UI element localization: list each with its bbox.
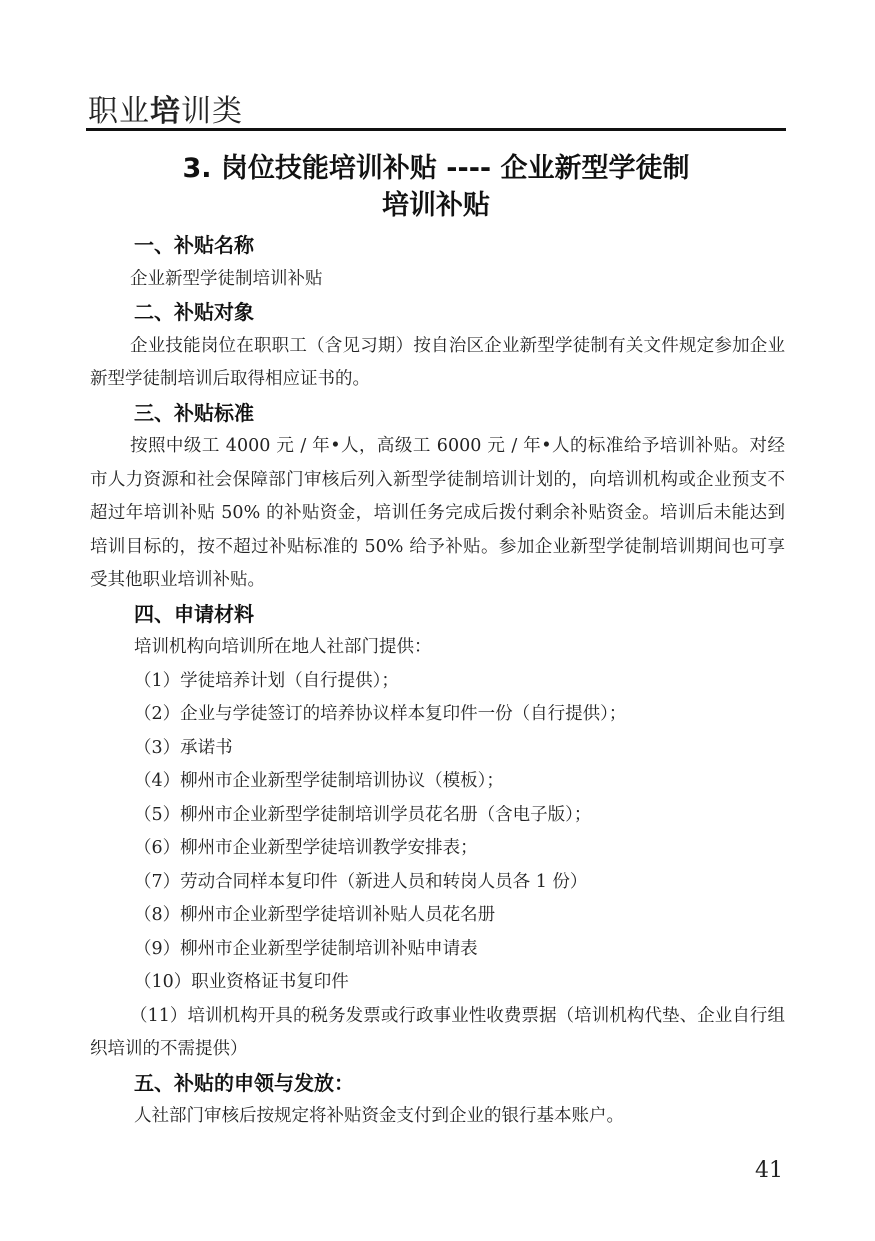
page-title: 3. 岗位技能培训补贴 ---- 企业新型学徒制 培训补贴 (86, 150, 786, 224)
section-5-text: 人社部门审核后按规定将补贴资金支付到企业的银行基本账户。 (90, 1100, 785, 1134)
list-item: （1）学徒培养计划（自行提供）； (90, 665, 785, 699)
list-item: （8）柳州市企业新型学徒培训补贴人员花名册 (90, 899, 785, 933)
header-prefix: 职业 (88, 94, 150, 129)
title-line-2: 培训补贴 (86, 187, 786, 224)
section-3-text: 按照中级工 4000 元 / 年•人，高级工 6000 元 / 年•人的标准给予… (90, 430, 785, 598)
section-heading-4: 四、申请材料 (90, 598, 785, 632)
list-item: （5）柳州市企业新型学徒制培训学员花名册（含电子版）； (90, 799, 785, 833)
list-item: （4）柳州市企业新型学徒制培训协议（模板）； (90, 765, 785, 799)
list-item: （9）柳州市企业新型学徒制培训补贴申请表 (90, 933, 785, 967)
running-header: 职业培训类 (88, 86, 243, 130)
section-heading-3: 三、补贴标准 (90, 397, 785, 431)
section-1-text: 企业新型学徒制培训补贴 (90, 263, 785, 297)
list-item: （11）培训机构开具的税务发票或行政事业性收费票据（培训机构代垫、企业自行组织培… (90, 1000, 785, 1067)
section-4-intro: 培训机构向培训所在地人社部门提供： (90, 631, 785, 665)
section-heading-5: 五、补贴的申领与发放： (90, 1067, 785, 1101)
list-item: （10）职业资格证书复印件 (90, 966, 785, 1000)
section-heading-2: 二、补贴对象 (90, 296, 785, 330)
list-item: （7）劳动合同样本复印件（新进人员和转岗人员各 1 份） (90, 866, 785, 900)
list-item: （6）柳州市企业新型学徒培训教学安排表； (90, 832, 785, 866)
list-item: （2）企业与学徒签订的培养协议样本复印件一份（自行提供）； (90, 698, 785, 732)
header-rule (86, 128, 786, 131)
section-2-text: 企业技能岗位在职职工（含见习期）按自治区企业新型学徒制有关文件规定参加企业新型学… (90, 330, 785, 397)
header-suffix: 训类 (181, 94, 243, 129)
page-number: 41 (755, 1158, 783, 1183)
title-line-1: 3. 岗位技能培训补贴 ---- 企业新型学徒制 (86, 150, 786, 187)
header-bold: 培 (150, 94, 181, 129)
section-heading-1: 一、补贴名称 (90, 229, 785, 263)
list-item: （3）承诺书 (90, 732, 785, 766)
document-body: 一、补贴名称 企业新型学徒制培训补贴 二、补贴对象 企业技能岗位在职职工（含见习… (90, 229, 785, 1134)
